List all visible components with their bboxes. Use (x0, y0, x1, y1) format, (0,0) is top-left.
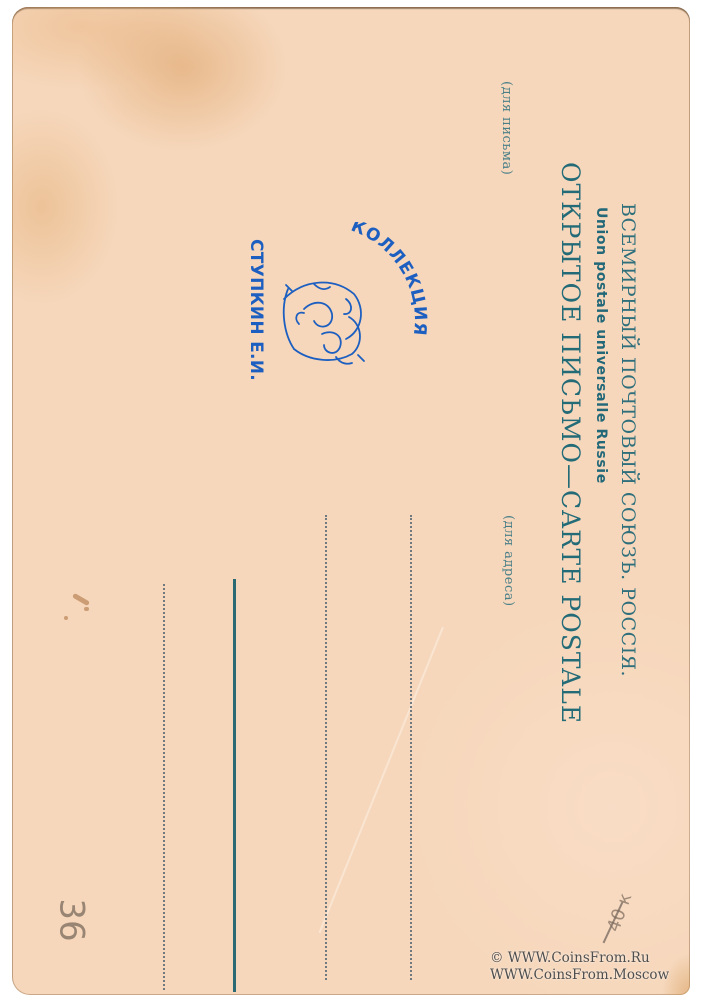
postcard-back: ВСЕМИРНЫЙ ПОЧТОВЫЙ СОЮЗЪ. РОССІЯ. Union … (12, 7, 690, 995)
watermark-line-2: WWW.CoinsFrom.Moscow (490, 967, 669, 984)
watermark: © WWW.CoinsFrom.Ru WWW.CoinsFrom.Moscow (490, 950, 669, 984)
handwritten-number: 36 (52, 898, 92, 941)
stain-mark (84, 607, 89, 611)
address-line-1 (163, 584, 165, 990)
address-line-3 (410, 515, 412, 980)
paper-crease (318, 627, 443, 934)
letter-section-label: (для письма) (499, 81, 514, 175)
stain-mark (64, 616, 68, 620)
address-section-label: (для адреса) (501, 515, 516, 607)
watermark-line-1: © WWW.CoinsFrom.Ru (490, 950, 669, 967)
header-line-3-title: ОТКРЫТОЕ ПИСЬМО—CARTE POSTALE (556, 162, 585, 724)
collector-stamp-name: СТУПКИН Е.И. (246, 239, 266, 381)
address-line-solid (233, 579, 236, 992)
monogram-emblem-icon (274, 269, 369, 374)
handwritten-price-note: 40 к (603, 890, 636, 934)
address-line-2 (325, 515, 327, 980)
header-line-1: ВСЕМИРНЫЙ ПОЧТОВЫЙ СОЮЗЪ. РОССІЯ. (617, 203, 639, 677)
stain-mark (72, 593, 90, 606)
header-line-2: Union postale universalle Russie (593, 207, 609, 484)
